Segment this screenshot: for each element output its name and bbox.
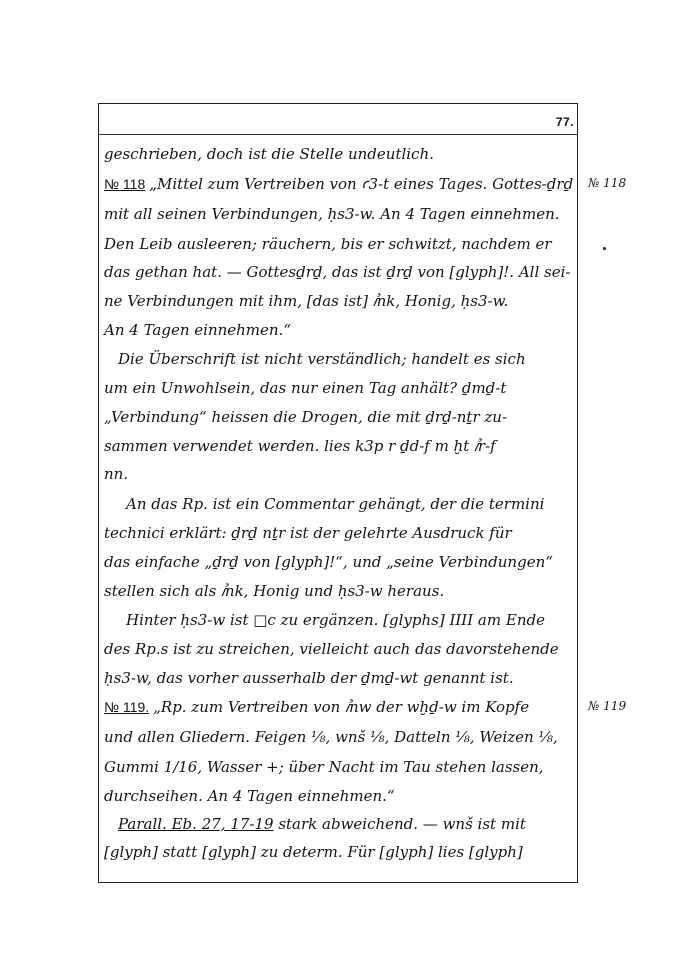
text-line: ne Verbindungen mit ihm, [das ist] ꞽnk, … bbox=[104, 291, 508, 311]
text-line: mit all seinen Verbindungen, ḥs3-w. An 4… bbox=[104, 204, 560, 224]
text-line-parallel: Parall. Eb. 27, 17-19 stark abweichend. … bbox=[118, 814, 526, 834]
text-line: und allen Gliedern. Feigen ⅛, wnš ⅛, Dat… bbox=[104, 727, 558, 747]
entry-number: № 119. bbox=[104, 699, 149, 715]
text-line-content: stark abweichend. — wnš ist mit bbox=[274, 815, 526, 833]
page-header-row: 77. bbox=[99, 104, 577, 135]
text-line: An 4 Tagen einnehmen.“ bbox=[104, 320, 291, 340]
text-line: „Verbindung“ heissen die Drogen, die mit… bbox=[104, 407, 507, 427]
text-line: technici erklärt: ḏrḏ nṯr ist der gelehr… bbox=[104, 523, 512, 543]
text-line: das einfache „ḏrḏ von [glyph]!“, und „se… bbox=[104, 552, 553, 572]
text-line: geschrieben, doch ist die Stelle undeutl… bbox=[104, 144, 434, 164]
text-line: stellen sich als ꞽnk, Honig und ḥs3-w he… bbox=[104, 581, 444, 601]
text-line: nn. bbox=[104, 464, 128, 484]
parallel-reference: Parall. Eb. 27, 17-19 bbox=[118, 815, 274, 833]
text-line-content: „Mittel zum Vertreiben von ꜥ3-t eines Ta… bbox=[149, 175, 573, 193]
text-line: Gummi 1/16, Wasser +; über Nacht im Tau … bbox=[104, 757, 544, 777]
text-line: [glyph] statt [glyph] zu determ. Für [gl… bbox=[104, 842, 523, 862]
text-line-entry-119: № 119.„Rp. zum Vertreiben von ꞽnw der wḫ… bbox=[104, 697, 529, 717]
text-line: durchseihen. An 4 Tagen einnehmen.“ bbox=[104, 786, 395, 806]
margin-mark bbox=[603, 247, 606, 250]
text-line: um ein Unwohlsein, das nur einen Tag anh… bbox=[104, 378, 506, 398]
text-line: ḥs3-w, das vorher ausserhalb der ḏmḏ-wt … bbox=[104, 668, 514, 688]
page-number: 77. bbox=[556, 115, 574, 129]
text-line-content: „Rp. zum Vertreiben von ꞽnw der wḫḏ-w im… bbox=[153, 698, 529, 716]
entry-number: № 118 bbox=[104, 176, 145, 192]
text-line-entry-118: № 118„Mittel zum Vertreiben von ꜥ3-t ein… bbox=[104, 174, 573, 194]
margin-note-118: № 118 bbox=[588, 176, 626, 190]
margin-note-119: № 119 bbox=[588, 699, 626, 713]
text-line: das gethan hat. — Gottesḏrḏ, das ist ḏrḏ… bbox=[104, 262, 570, 282]
text-line: Hinter ḥs3-w ist □c zu ergänzen. [glyphs… bbox=[126, 610, 545, 630]
text-line: Die Überschrift ist nicht verständlich; … bbox=[118, 349, 526, 369]
text-line: sammen verwendet werden. lies k3p r ḏd-f… bbox=[104, 436, 496, 456]
text-line: Den Leib ausleeren; räuchern, bis er sch… bbox=[104, 234, 552, 254]
text-line: des Rp.s ist zu streichen, vielleicht au… bbox=[104, 639, 559, 659]
text-line: An das Rp. ist ein Commentar gehängt, de… bbox=[126, 494, 544, 514]
